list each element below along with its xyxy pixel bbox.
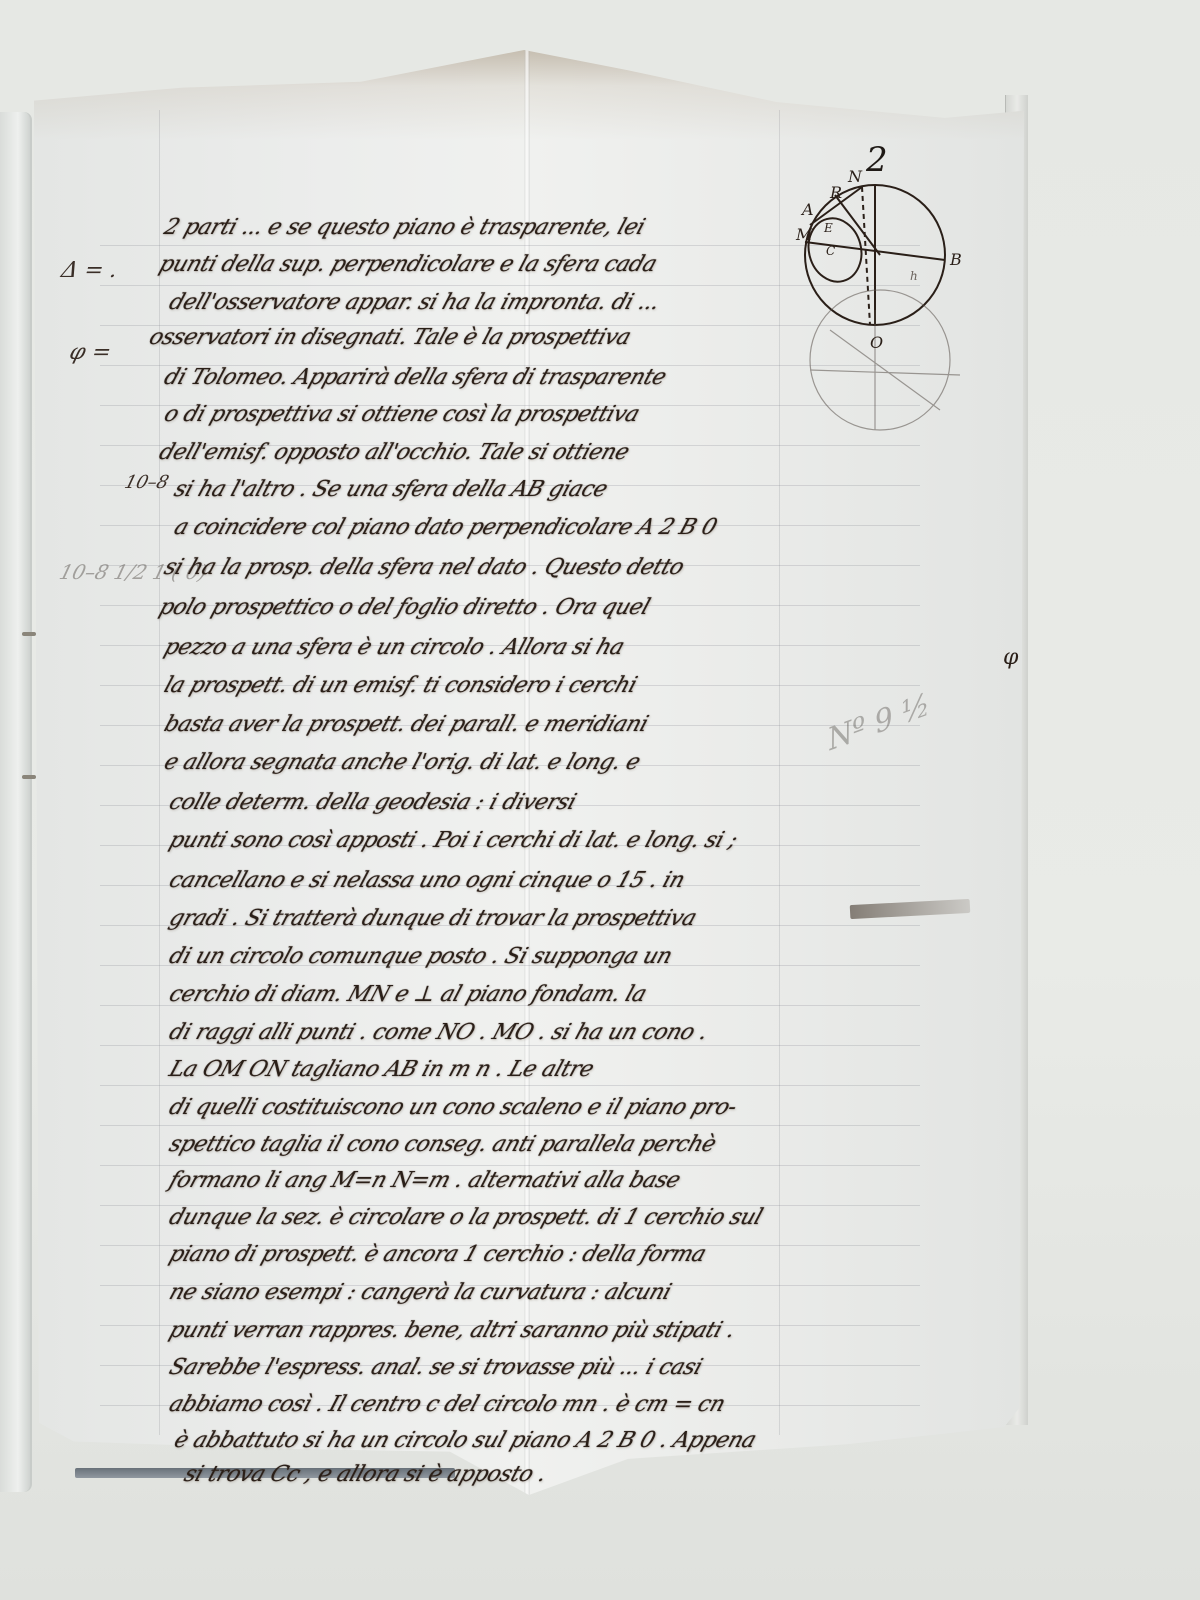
text-line: è abbattuto si ha un circolo sul piano A… <box>171 1428 759 1453</box>
margin-rule <box>779 110 780 1435</box>
svg-text:B: B <box>949 250 962 269</box>
text-line: gradi . Si tratterà dunque di trovar la … <box>166 906 699 931</box>
margin-note-number: 10–8 <box>122 472 171 493</box>
svg-text:C: C <box>826 244 835 258</box>
margin-note-delta: Δ = . <box>59 258 121 283</box>
text-line: basta aver la prospett. dei parall. e me… <box>161 712 651 737</box>
text-line: si ha la prosp. della sfera nel dato . Q… <box>161 555 687 580</box>
text-line: punti verran rappres. bene, altri sarann… <box>166 1318 738 1343</box>
svg-text:A: A <box>800 200 814 219</box>
text-line: e allora segnata anche l'orig. di lat. e… <box>161 750 643 775</box>
text-line: si trova Cc , e allora si è apposto . <box>181 1462 550 1487</box>
text-line: abbiamo così . Il centro c del circolo m… <box>166 1392 728 1417</box>
text-line: di un circolo comunque posto . Si suppon… <box>166 944 675 969</box>
svg-text:h: h <box>910 269 918 283</box>
text-line: formano li ang M=n N=m . alternativi all… <box>166 1168 683 1193</box>
text-line: di raggi alli punti . come NO . MO . si … <box>166 1020 711 1045</box>
text-line: 2 parti ... e se questo piano è traspare… <box>161 215 648 240</box>
text-line: a coincidere col piano dato perpendicola… <box>171 515 720 540</box>
text-line: polo prospettico o del foglio diretto . … <box>156 595 653 620</box>
svg-text:M: M <box>795 225 813 244</box>
text-line: ne siano esempi : cangerà la curvatura :… <box>166 1280 674 1305</box>
svg-text:R: R <box>829 183 842 202</box>
text-line: cancellano e si nelassa uno ogni cinque … <box>166 868 688 893</box>
text-line: La OM ON tagliano AB in m n . Le altre <box>166 1057 597 1082</box>
margin-note-phi: φ = <box>67 340 115 365</box>
text-line: colle determ. della geodesia : i diversi <box>166 790 579 815</box>
margin-note-right: φ <box>1003 645 1018 670</box>
margin-rule <box>159 110 160 1435</box>
text-line: di Tolomeo. Apparirà della sfera di tras… <box>161 365 669 390</box>
text-line: spettico taglia il cono conseg. anti par… <box>166 1132 719 1157</box>
text-line: piano di prospett. è ancora 1 cerchio : … <box>166 1242 709 1267</box>
binding-stitch <box>22 775 36 779</box>
text-line: dell'osservatore appar. si ha la impront… <box>166 290 663 315</box>
svg-text:N: N <box>847 167 863 186</box>
text-line: o di prospettiva si ottiene così la pros… <box>161 402 642 427</box>
text-line: Sarebbe l'espress. anal. se si trovasse … <box>166 1355 705 1380</box>
text-line: cerchio di diam. MN e ⊥ al piano fondam.… <box>166 982 649 1007</box>
text-line: dell'emisf. opposto all'occhio. Tale si … <box>156 440 632 465</box>
text-line: pezzo a una sfera è un circolo . Allora … <box>161 635 627 660</box>
text-line: la prospett. di un emisf. ti considero i… <box>161 673 640 698</box>
text-line: dunque la sez. è circolare o la prospett… <box>166 1205 765 1230</box>
svg-text:O: O <box>870 333 883 352</box>
text-line: punti della sup. perpendicolare e la sfe… <box>156 252 660 277</box>
text-line: punti sono così apposti . Poi i cerchi d… <box>166 828 740 853</box>
svg-text:E: E <box>823 221 833 235</box>
text-line: di quelli costituiscono un cono scaleno … <box>166 1095 740 1120</box>
text-line: si ha l'altro . Se una sfera della AB gi… <box>171 477 611 502</box>
left-adjacent-page-edge <box>0 112 32 1492</box>
binding-stitch <box>22 632 36 636</box>
geometry-diagram: N R A M B O E C h <box>790 160 990 450</box>
text-line: osservatori in disegnati. Tale è la pros… <box>146 325 634 350</box>
